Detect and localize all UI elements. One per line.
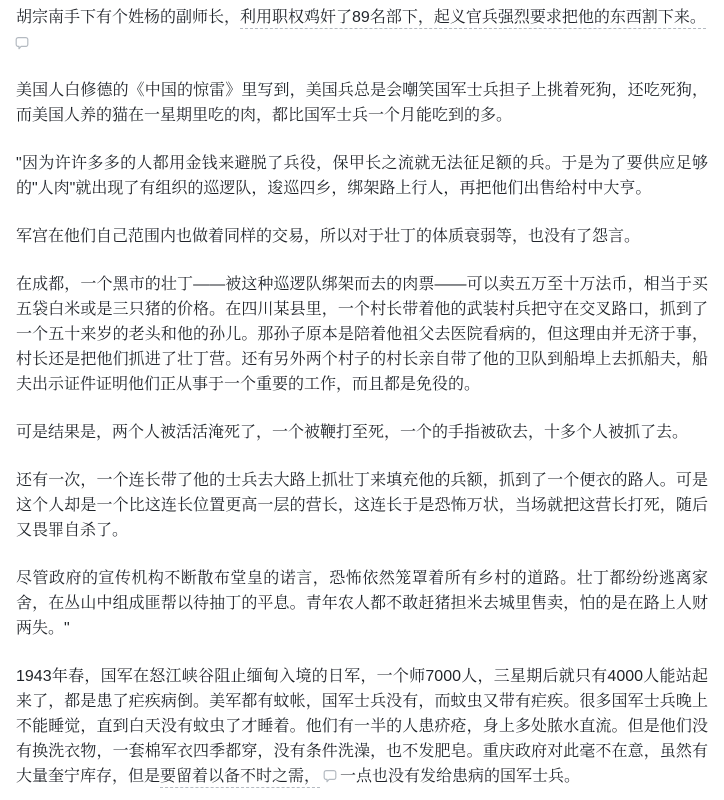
paragraph-9: 1943年春，国军在怒江峡谷阻止缅甸入境的日军，一个师7000人，三星期后就只有… bbox=[16, 664, 708, 789]
paragraph-5: 在成都，一个黑市的壮丁——被这种巡逻队绑架而去的肉票——可以卖五万至十万法币，相… bbox=[16, 272, 708, 397]
text-segment: "因为许许多多的人都用金钱来避脱了兵役，保甲长之流就无法征足额的兵。于是为了要供… bbox=[16, 155, 708, 197]
comment-bubble-icon[interactable] bbox=[15, 36, 29, 50]
text-segment: 还有一次，一个连长带了他的士兵去大路上抓壮丁来填充他的兵额，抓到了一个便衣的路人… bbox=[16, 472, 708, 539]
paragraph-1: 胡宗南手下有个姓杨的副师长，利用职权鸡奸了89名部下，起义官兵强烈要求把他的东西… bbox=[16, 5, 708, 55]
text-segment: 在成都，一个黑市的壮丁——被这种巡逻队绑架而去的肉票——可以卖五万至十万法币，相… bbox=[16, 276, 708, 393]
annotated-text[interactable]: 利用职权鸡奸了89名部下，起义官兵强烈要求把他的东西割下来。 bbox=[240, 9, 706, 29]
paragraph-6: 可是结果是，两个人被活活淹死了，一个被鞭打至死，一个的手指被砍去，十多个人被抓了… bbox=[16, 420, 708, 445]
text-segment: 胡宗南手下有个姓杨的副师长， bbox=[16, 9, 240, 26]
annotated-text[interactable]: 要留着以备不时之需， bbox=[160, 768, 320, 788]
paragraph-4: 军宫在他们自己范围内也做着同样的交易，所以对于壮丁的体质衰弱等，也没有了怨言。 bbox=[16, 224, 708, 249]
text-segment: 尽管政府的宣传机构不断散布堂皇的诺言，恐怖依然笼罩着所有乡村的道路。壮丁都纷纷逃… bbox=[16, 570, 708, 637]
paragraph-3: "因为许许多多的人都用金钱来避脱了兵役，保甲长之流就无法征足额的兵。于是为了要供… bbox=[16, 151, 708, 201]
comment-icon-line bbox=[16, 30, 708, 55]
paragraph-8: 尽管政府的宣传机构不断散布堂皇的诺言，恐怖依然笼罩着所有乡村的道路。壮丁都纷纷逃… bbox=[16, 566, 708, 641]
paragraph-7: 还有一次，一个连长带了他的士兵去大路上抓壮丁来填充他的兵额，抓到了一个便衣的路人… bbox=[16, 468, 708, 543]
text-segment: 美国人白修德的《中国的惊雷》里写到，美国兵总是会嘲笑国军士兵担子上挑着死狗，还吃… bbox=[16, 82, 708, 124]
paragraph-2: 美国人白修德的《中国的惊雷》里写到，美国兵总是会嘲笑国军士兵担子上挑着死狗，还吃… bbox=[16, 78, 708, 128]
comment-bubble-icon[interactable] bbox=[323, 769, 337, 783]
text-segment: 可是结果是，两个人被活活淹死了，一个被鞭打至死，一个的手指被砍去，十多个人被抓了… bbox=[16, 424, 688, 441]
reader-page: 胡宗南手下有个姓杨的副师长，利用职权鸡奸了89名部下，起义官兵强烈要求把他的东西… bbox=[0, 0, 724, 800]
text-segment: 一点也没有发给患病的国军士兵。 bbox=[340, 768, 580, 785]
article-content: 胡宗南手下有个姓杨的副师长，利用职权鸡奸了89名部下，起义官兵强烈要求把他的东西… bbox=[0, 0, 724, 789]
text-segment: 军宫在他们自己范围内也做着同样的交易，所以对于壮丁的体质衰弱等，也没有了怨言。 bbox=[16, 228, 640, 245]
